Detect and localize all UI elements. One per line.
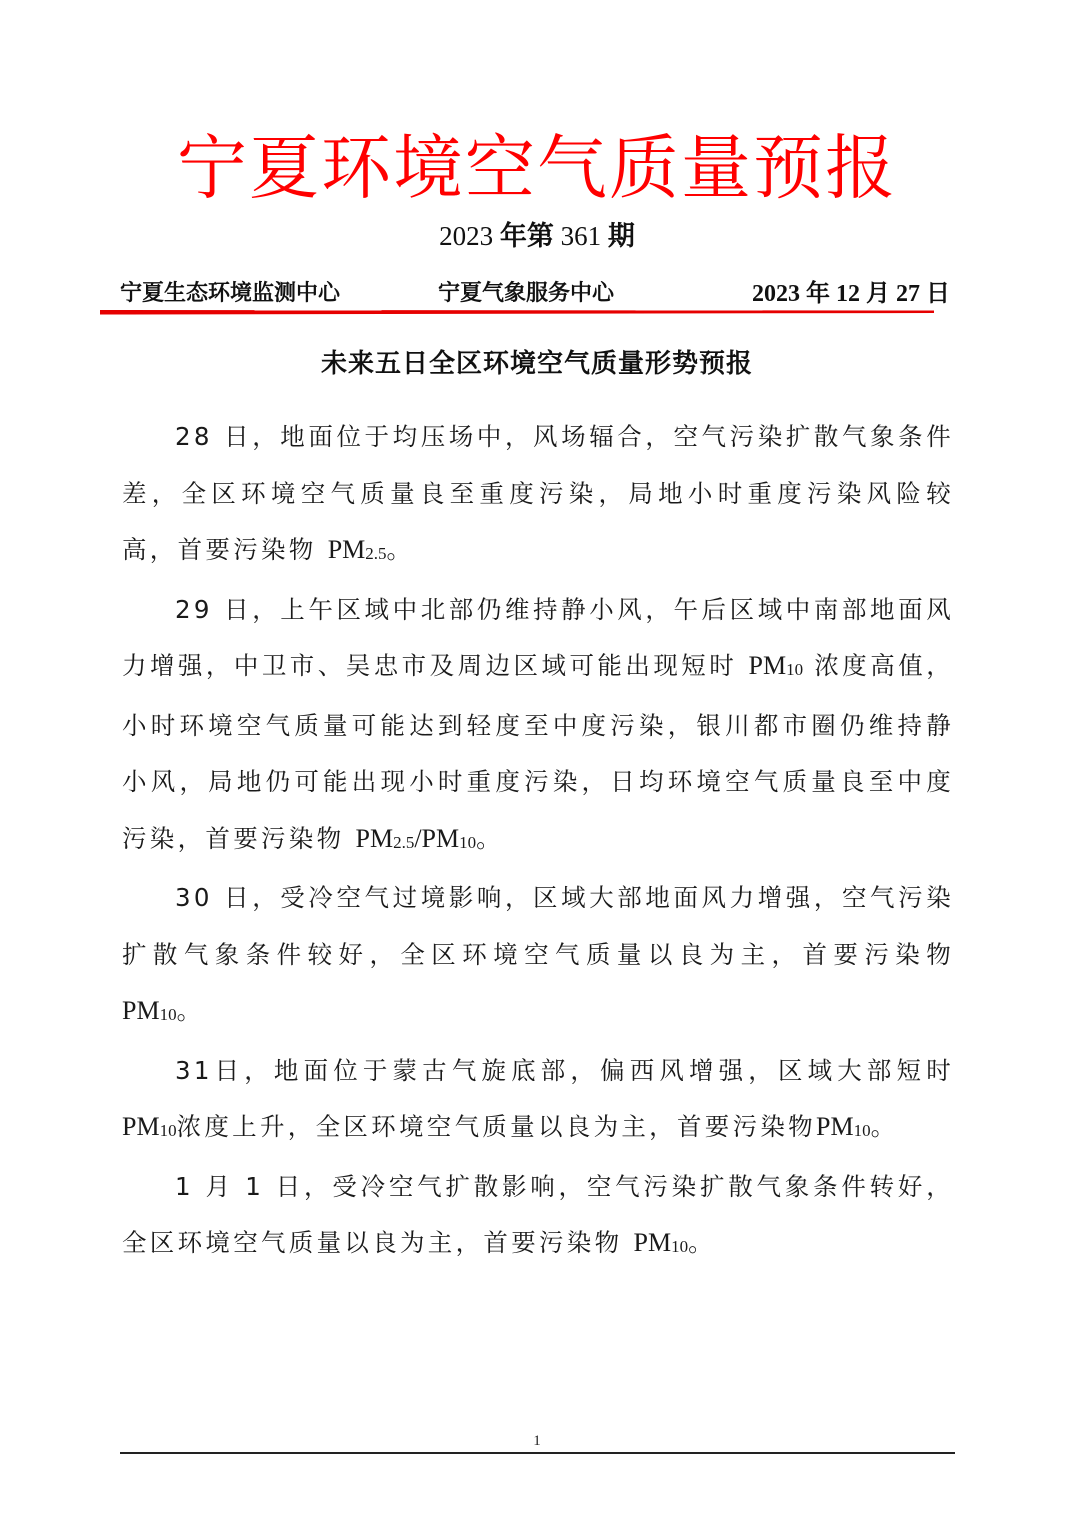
pollutant-symbol: PM	[122, 1112, 160, 1141]
pollutant-symbol: PM	[816, 1112, 854, 1141]
footer-divider-rule	[120, 1452, 955, 1454]
issuer-meteorological-service-center: 宁夏气象服务中心	[438, 278, 614, 310]
pollutant-symbol: PM	[749, 651, 787, 680]
masthead-title: 宁夏环境空气质量预报	[0, 126, 1074, 210]
issue-no: 361	[561, 221, 602, 251]
pollutant-subscript: 10	[671, 1237, 688, 1256]
pollutant-symbol: PM	[328, 535, 366, 564]
red-divider-rule	[100, 309, 934, 315]
red-divider-shape	[100, 309, 934, 315]
issue-no-suffix: 期	[601, 221, 635, 251]
pollutant-symbol: PM	[356, 824, 394, 853]
issuer-eco-monitoring-center: 宁夏生态环境监测中心	[120, 278, 340, 310]
forecast-paragraph-30th: 30 日，受冷空气过境影响，区域大部地面风力增强，空气污染扩散气象条件较好，全区…	[122, 870, 954, 1043]
pollutant-subscript: 10	[786, 660, 803, 679]
forecast-paragraph-31st: 31日，地面位于蒙古气旋底部，偏西风增强，区域大部短时PM10浓度上升，全区环境…	[122, 1043, 954, 1159]
pollutant-symbol: /PM	[414, 824, 459, 853]
pollutant-subscript: 2.5	[393, 833, 414, 852]
issue-year-suffix: 年第	[493, 221, 561, 251]
page-number: 1	[0, 1432, 1074, 1450]
issue-date: 2023 年 12 月 27 日	[752, 278, 950, 310]
pollutant-subscript: 10	[160, 1005, 177, 1024]
issuer-row: 宁夏生态环境监测中心 宁夏气象服务中心 2023 年 12 月 27 日	[120, 278, 950, 310]
issue-year: 2023	[439, 221, 493, 251]
forecast-paragraph-29th: 29 日，上午区域中北部仍维持静小风，午后区域中南部地面风力增强，中卫市、吴忠市…	[122, 582, 954, 871]
pollutant-subscript: 10	[160, 1121, 177, 1140]
pollutant-subscript: 10	[854, 1121, 871, 1140]
document-page: 宁夏环境空气质量预报 2023 年第 361 期 宁夏生态环境监测中心 宁夏气象…	[0, 0, 1074, 1520]
forecast-paragraph-28th: 28 日，地面位于均压场中，风场辐合，空气污染扩散气象条件差，全区环境空气质量良…	[122, 409, 954, 582]
forecast-paragraph-jan-1st: 1 月 1 日，受冷空气扩散影响，空气污染扩散气象条件转好，全区环境空气质量以良…	[122, 1159, 954, 1275]
pollutant-subscript: 10	[459, 833, 476, 852]
pollutant-symbol: PM	[634, 1228, 672, 1257]
section-heading: 未来五日全区环境空气质量形势预报	[0, 344, 1074, 384]
issue-number: 2023 年第 361 期	[0, 218, 1074, 254]
forecast-body: 28 日，地面位于均压场中，风场辐合，空气污染扩散气象条件差，全区环境空气质量良…	[122, 409, 954, 1275]
pollutant-subscript: 2.5	[365, 544, 386, 563]
pollutant-symbol: PM	[122, 996, 160, 1025]
